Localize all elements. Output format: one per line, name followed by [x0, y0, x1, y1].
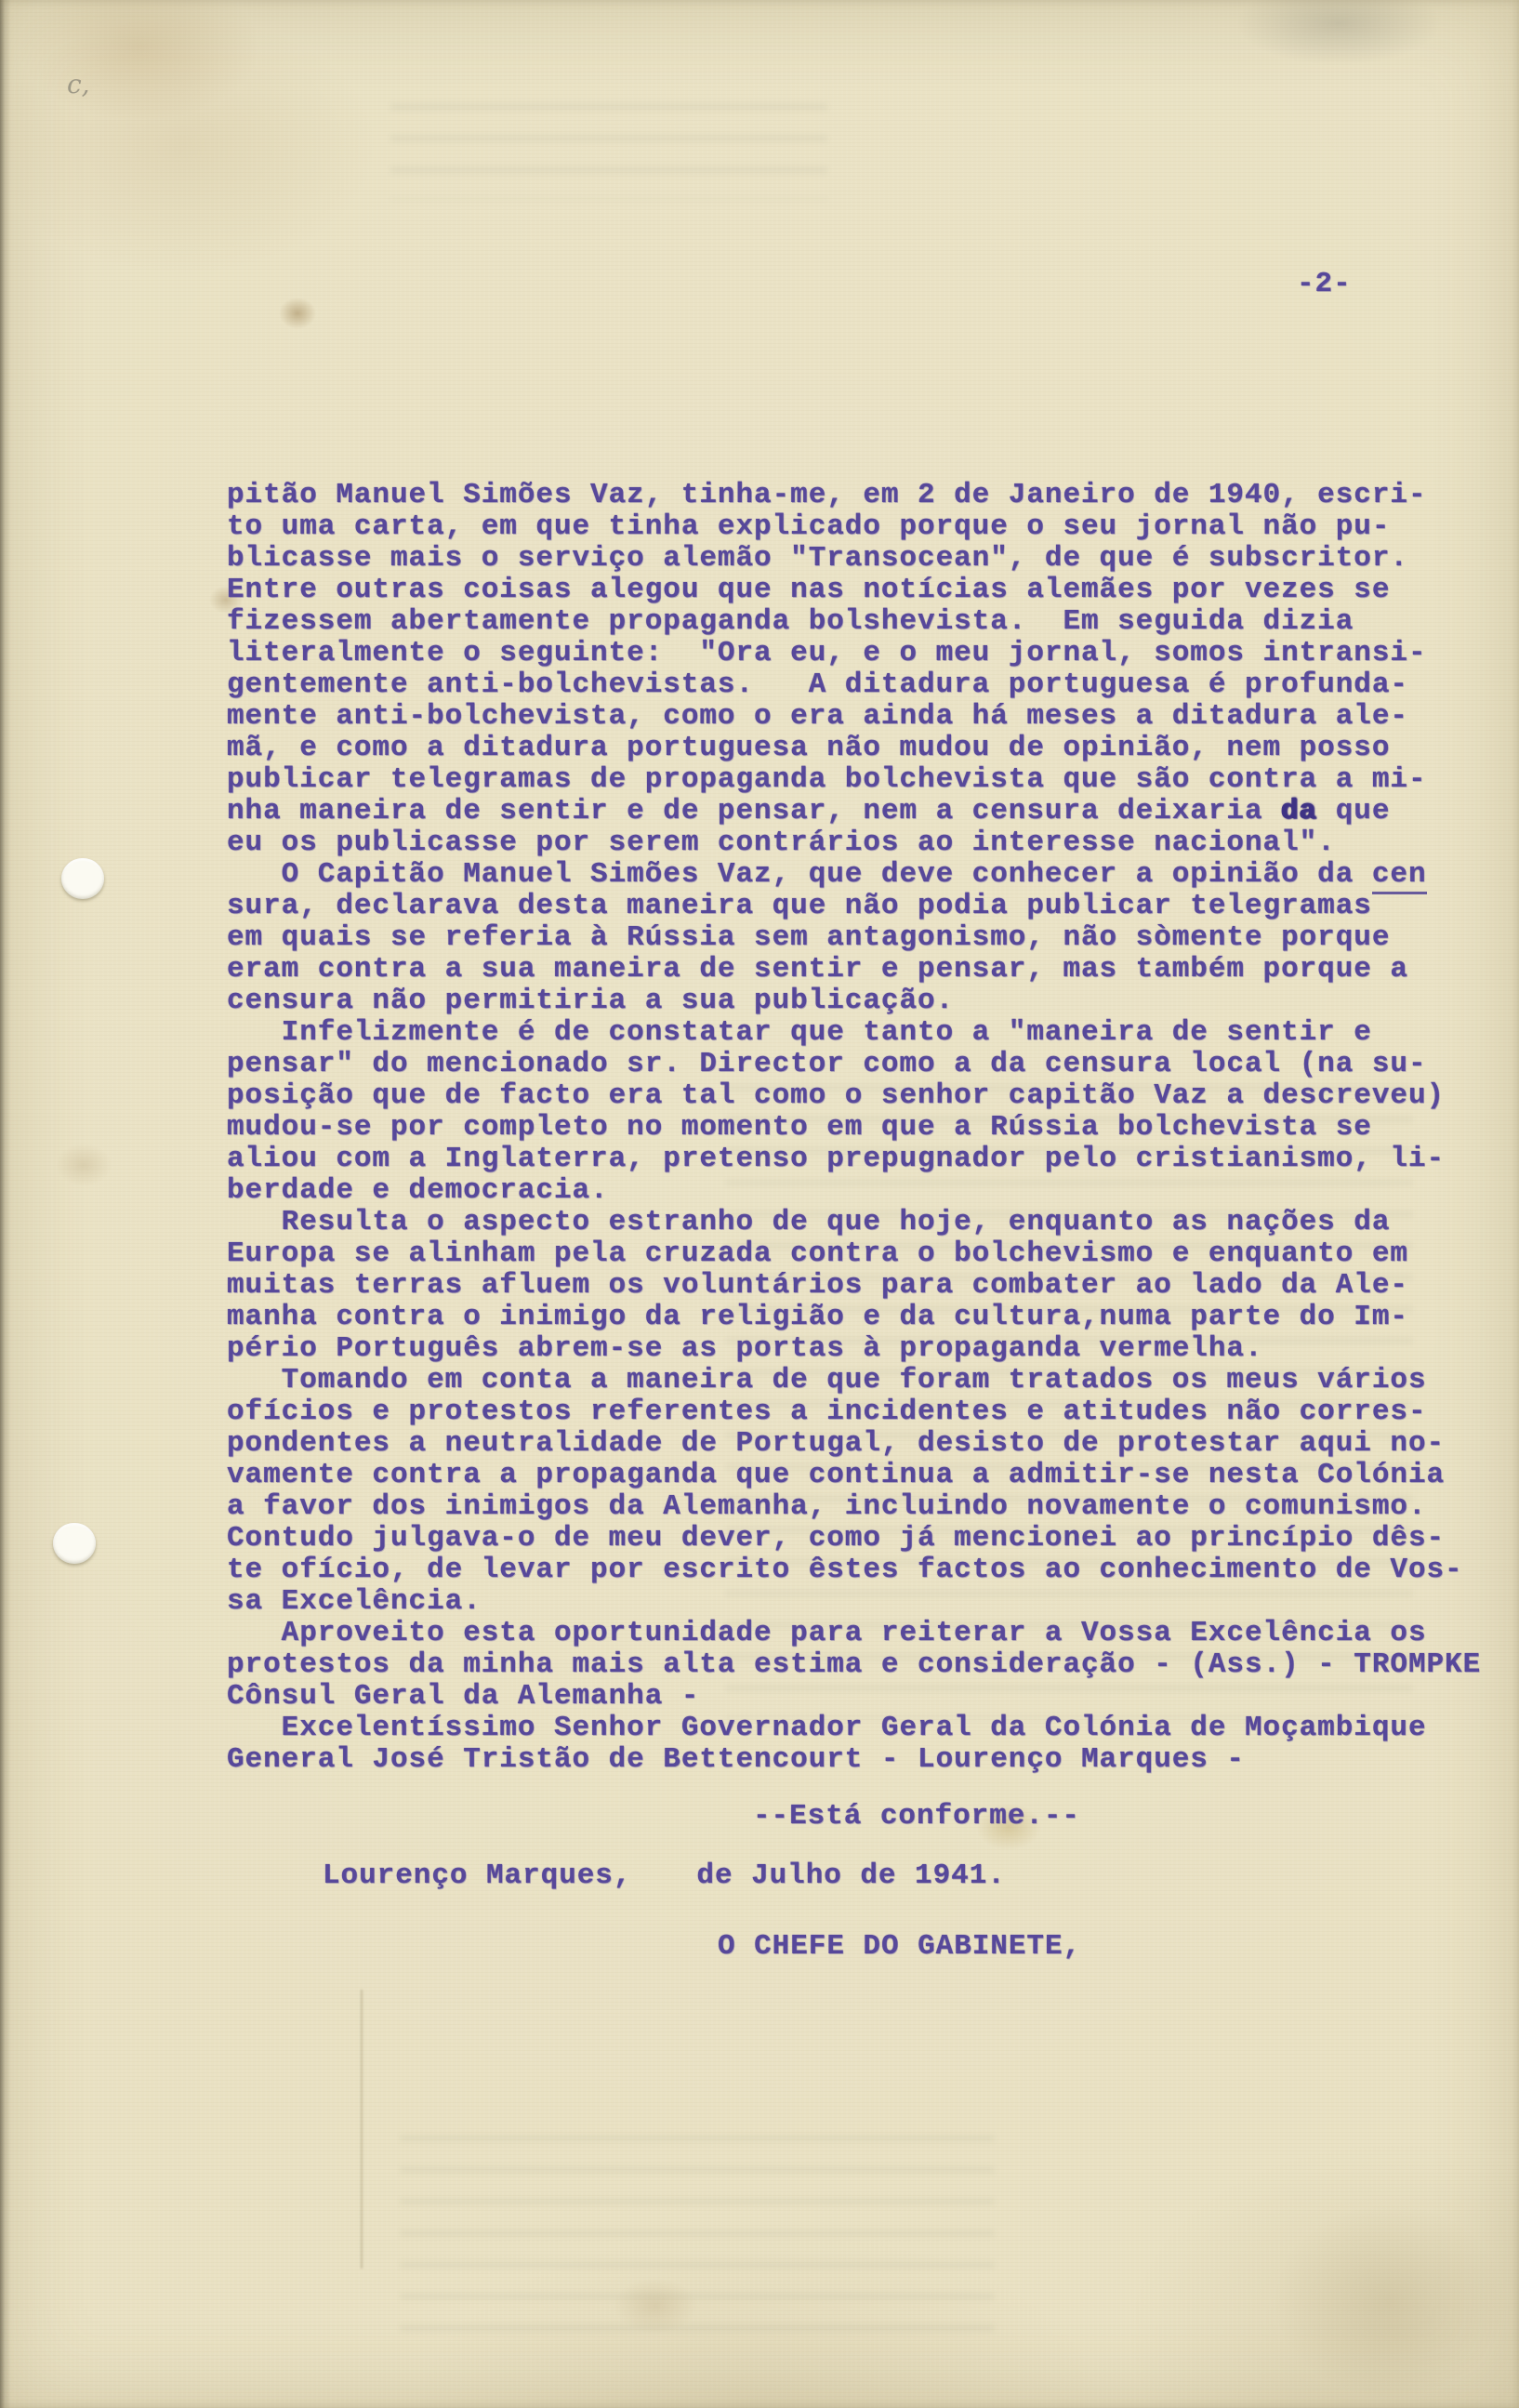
place-name: Lourenço Marques, — [323, 1859, 631, 1892]
stain — [1236, 0, 1441, 65]
crease-line — [361, 1990, 363, 2269]
text-line: blicasse mais o serviço alemão "Transoce… — [227, 543, 1473, 575]
text-line: to uma carta, em que tinha explicado por… — [227, 511, 1473, 543]
text-line: Aproveito esta oportunidade para reitera… — [227, 1618, 1473, 1649]
stain — [19, 0, 260, 121]
text-line: nha maneira de sentir e de pensar, nem a… — [227, 796, 1473, 827]
text-line: mã, e como a ditadura portuguesa não mud… — [227, 733, 1473, 764]
page-number: -2- — [1297, 268, 1352, 300]
text-line: O Capitão Manuel Simões Vaz, que deve co… — [227, 859, 1473, 891]
text-line: em quais se referia à Rússia sem antagon… — [227, 922, 1473, 954]
text-line: aliou com a Inglaterra, pretenso prepugn… — [227, 1144, 1473, 1175]
stain — [279, 298, 316, 329]
document-page: c, -2- pitão Manuel Simões Vaz, tinha-me… — [0, 0, 1519, 2408]
text-line: pondentes a neutralidade de Portugal, de… — [227, 1428, 1473, 1460]
text-line: muitas terras afluem os voluntários para… — [227, 1270, 1473, 1302]
text-line: eram contra a sua maneira de sentir e pe… — [227, 954, 1473, 986]
signature-title: O CHEFE DO GABINETE, — [718, 1930, 1081, 1963]
text-line: pério Português abrem-se as portas à pro… — [227, 1333, 1473, 1365]
text-line: Tomando em conta a maneira de que foram … — [227, 1365, 1473, 1396]
punch-hole — [61, 858, 104, 899]
text-line: fizessem abertamente propaganda bolshevi… — [227, 606, 1473, 638]
overstruck-word: da — [1281, 795, 1317, 827]
text-line: censura não permitiria a sua publicação. — [227, 986, 1473, 1017]
punch-hole — [53, 1523, 96, 1564]
text-line: berdade e democracia. — [227, 1175, 1473, 1207]
hyphenation-underline: cen — [1372, 858, 1427, 894]
stain — [56, 1144, 112, 1186]
text-line: General José Tristão de Bettencourt - Lo… — [227, 1744, 1473, 1776]
text-line: Contudo julgava-o de meu dever, como já … — [227, 1523, 1473, 1555]
text-line: gentemente anti-bolchevistas. A ditadura… — [227, 669, 1473, 701]
pencil-mark: c, — [67, 69, 90, 99]
bleed-through-text — [400, 2120, 995, 2343]
conformity-note: --Está conforme.-- — [753, 1800, 1080, 1832]
text-line: mente anti-bolchevista, como o era ainda… — [227, 701, 1473, 733]
text-line: te ofício, de levar por escrito êstes fa… — [227, 1555, 1473, 1586]
text-line: eu os publicasse por serem contrários ao… — [227, 827, 1473, 859]
bleed-through-text — [390, 88, 827, 200]
place-date-line: Lourenço Marques,de Julho de 1941. — [323, 1859, 1006, 1892]
text-line: mudou-se por completo no momento em que … — [227, 1112, 1473, 1144]
text-line: Cônsul Geral da Alemanha - — [227, 1681, 1473, 1713]
text-line: publicar telegramas de propaganda bolche… — [227, 764, 1473, 796]
text-line: ofícios e protestos referentes a inciden… — [227, 1396, 1473, 1428]
text-line: Infelizmente é de constatar que tanto a … — [227, 1017, 1473, 1049]
text-line: posição que de facto era tal como o senh… — [227, 1080, 1473, 1112]
text-line: manha contra o inimigo da religião e da … — [227, 1302, 1473, 1333]
text-segment: O Capitão Manuel Simões Vaz, que deve co… — [227, 858, 1372, 891]
text-line: sa Excelência. — [227, 1586, 1473, 1618]
letter-body: pitão Manuel Simões Vaz, tinha-me, em 2 … — [227, 480, 1473, 1776]
text-segment: nha maneira de sentir e de pensar, nem a… — [227, 795, 1281, 827]
text-line: sura, declarava desta maneira que não po… — [227, 891, 1473, 922]
text-line: Europa se alinham pela cruzada contra o … — [227, 1238, 1473, 1270]
text-line: Resulta o aspecto estranho de que hoje, … — [227, 1207, 1473, 1238]
text-line: Excelentíssimo Senhor Governador Geral d… — [227, 1713, 1473, 1744]
text-line: pensar" do mencionado sr. Director como … — [227, 1049, 1473, 1080]
text-line: pitão Manuel Simões Vaz, tinha-me, em 2 … — [227, 480, 1473, 511]
text-line: literalmente o seguinte: "Ora eu, e o me… — [227, 638, 1473, 669]
date-text: de Julho de 1941. — [696, 1859, 1005, 1892]
text-line: Entre outras coisas alegou que nas notíc… — [227, 575, 1473, 606]
text-line: a favor dos inimigos da Alemanha, inclui… — [227, 1491, 1473, 1523]
text-line: protestos da minha mais alta estima e co… — [227, 1649, 1473, 1681]
stain — [1274, 2203, 1506, 2399]
stain — [614, 2278, 697, 2334]
text-line: vamente contra a propaganda que continua… — [227, 1460, 1473, 1491]
text-segment: que — [1317, 795, 1390, 827]
